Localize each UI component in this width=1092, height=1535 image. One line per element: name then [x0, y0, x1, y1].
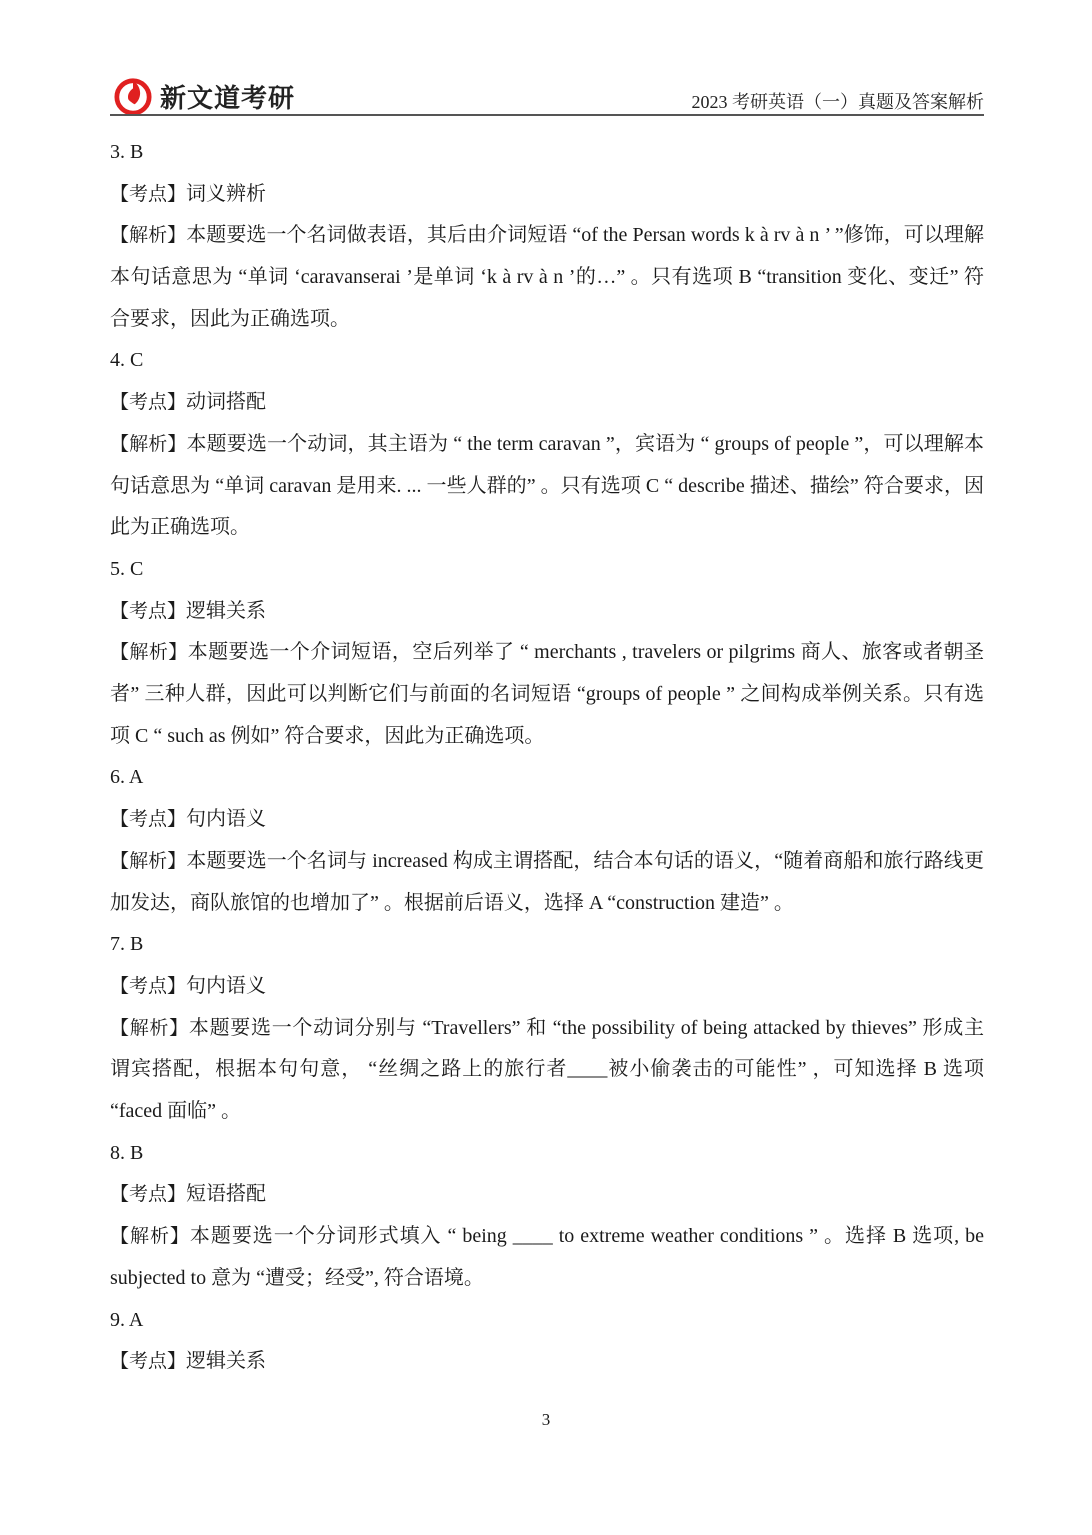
kaodian-label: 【考点】 — [110, 808, 186, 830]
kaodian-line: 【考点】短语搭配 — [110, 1174, 984, 1216]
kaodian-line: 【考点】逻辑关系 — [110, 1341, 984, 1383]
kaodian-label: 【考点】 — [110, 183, 186, 205]
jiexi-paragraph: 【解析】本题要选一个名词做表语，其后由介词短语 “of the Persan w… — [110, 215, 984, 340]
jiexi-label: 【解析】 — [110, 850, 186, 872]
kaodian-line: 【考点】动词搭配 — [110, 382, 984, 424]
jiexi-paragraph: 【解析】本题要选一个动词分别与 “Travellers” 和 “the poss… — [110, 1008, 984, 1133]
kaodian-value: 动词搭配 — [186, 391, 266, 413]
document-title: 2023 考研英语（一）真题及答案解析 — [692, 88, 985, 114]
kaodian-label: 【考点】 — [110, 1183, 186, 1205]
kaodian-value: 逻辑关系 — [186, 1350, 266, 1372]
jiexi-text: 本题要选一个介词短语，空后列举了 “ merchants , travelers… — [110, 641, 984, 746]
jiexi-paragraph: 【解析】本题要选一个分词形式填入 “ being ____ to extreme… — [110, 1216, 984, 1299]
phoenix-logo-icon — [114, 77, 152, 115]
brand-logo: 新文道考研 — [114, 76, 295, 116]
kaodian-value: 词义辨析 — [186, 183, 266, 205]
jiexi-paragraph: 【解析】本题要选一个动词，其主语为 “ the term caravan ”，宾… — [110, 424, 984, 549]
question-item-4: 4. C 【考点】动词搭配 【解析】本题要选一个动词，其主语为 “ the te… — [110, 340, 984, 548]
question-item-5: 5. C 【考点】逻辑关系 【解析】本题要选一个介词短语，空后列举了 “ mer… — [110, 549, 984, 757]
question-number: 6. A — [110, 757, 984, 799]
jiexi-paragraph: 【解析】本题要选一个介词短语，空后列举了 “ merchants , trave… — [110, 632, 984, 757]
question-item-7: 7. B 【考点】句内语义 【解析】本题要选一个动词分别与 “Traveller… — [110, 924, 984, 1132]
page-header: 新文道考研 2023 考研英语（一）真题及答案解析 — [110, 72, 984, 116]
kaodian-value: 逻辑关系 — [186, 600, 266, 622]
question-number: 7. B — [110, 924, 984, 966]
kaodian-value: 短语搭配 — [186, 1183, 266, 1205]
question-number: 5. C — [110, 549, 984, 591]
kaodian-line: 【考点】逻辑关系 — [110, 591, 984, 633]
kaodian-label: 【考点】 — [110, 391, 186, 413]
kaodian-line: 【考点】句内语义 — [110, 799, 984, 841]
answer-explanations: 3. B 【考点】词义辨析 【解析】本题要选一个名词做表语，其后由介词短语 “o… — [110, 132, 984, 1383]
question-number: 4. C — [110, 340, 984, 382]
brand-name: 新文道考研 — [160, 78, 295, 115]
kaodian-line: 【考点】词义辨析 — [110, 174, 984, 216]
jiexi-paragraph: 【解析】本题要选一个名词与 increased 构成主谓搭配，结合本句话的语义，… — [110, 841, 984, 924]
page-number: 3 — [0, 1410, 1092, 1430]
kaodian-label: 【考点】 — [110, 975, 186, 997]
jiexi-label: 【解析】 — [110, 224, 186, 246]
kaodian-label: 【考点】 — [110, 1350, 186, 1372]
question-number: 8. B — [110, 1133, 984, 1175]
jiexi-text: 本题要选一个动词，其主语为 “ the term caravan ”，宾语为 “… — [110, 433, 984, 538]
jiexi-label: 【解析】 — [110, 641, 188, 663]
jiexi-text: 本题要选一个名词做表语，其后由介词短语 “of the Persan words… — [110, 224, 984, 329]
kaodian-value: 句内语义 — [186, 975, 266, 997]
question-item-3: 3. B 【考点】词义辨析 【解析】本题要选一个名词做表语，其后由介词短语 “o… — [110, 132, 984, 340]
jiexi-text: 本题要选一个动词分别与 “Travellers” 和 “the possibil… — [110, 1017, 984, 1122]
kaodian-label: 【考点】 — [110, 600, 186, 622]
jiexi-text: 本题要选一个名词与 increased 构成主谓搭配，结合本句话的语义，“随着商… — [110, 850, 984, 914]
jiexi-text: 本题要选一个分词形式填入 “ being ____ to extreme wea… — [110, 1225, 984, 1289]
jiexi-label: 【解析】 — [110, 1225, 190, 1247]
jiexi-label: 【解析】 — [110, 1017, 189, 1039]
header-divider — [110, 114, 984, 116]
kaodian-value: 句内语义 — [186, 808, 266, 830]
question-number: 3. B — [110, 132, 984, 174]
question-item-6: 6. A 【考点】句内语义 【解析】本题要选一个名词与 increased 构成… — [110, 757, 984, 924]
question-item-9: 9. A 【考点】逻辑关系 — [110, 1300, 984, 1383]
jiexi-label: 【解析】 — [110, 433, 187, 455]
question-number: 9. A — [110, 1300, 984, 1342]
kaodian-line: 【考点】句内语义 — [110, 966, 984, 1008]
question-item-8: 8. B 【考点】短语搭配 【解析】本题要选一个分词形式填入 “ being _… — [110, 1133, 984, 1300]
